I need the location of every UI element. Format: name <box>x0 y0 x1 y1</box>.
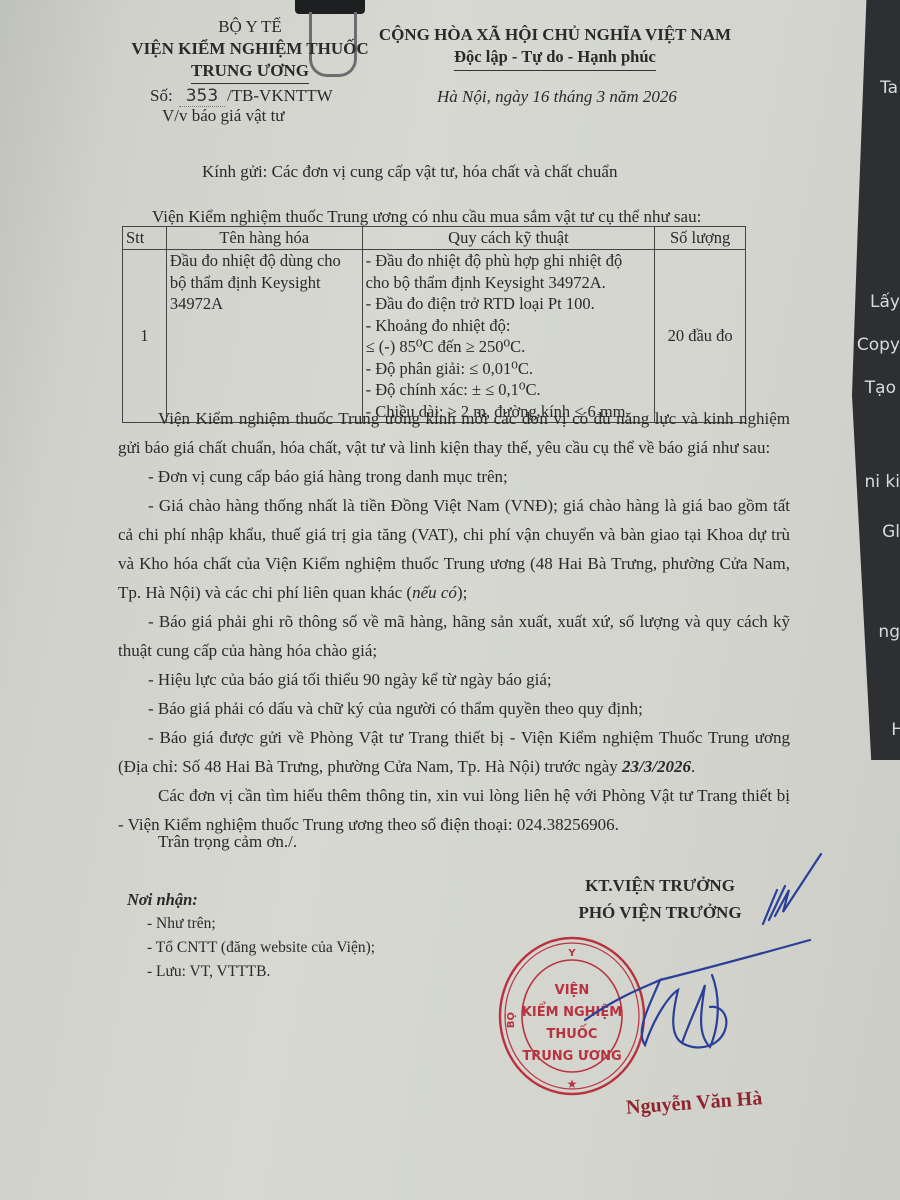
country-name: CỘNG HÒA XÃ HỘI CHỦ NGHĨA VIỆT NAM <box>370 24 740 46</box>
signatory-title: KT.VIỆN TRƯỞNG PHÓ VIỆN TRƯỞNG <box>560 872 760 926</box>
invitation-paragraph: Viện Kiểm nghiệm thuốc Trung ương kính m… <box>118 404 790 462</box>
cell-stt: 1 <box>123 250 167 423</box>
institute-name-line1: VIỆN KIỂM NGHIỆM THUỐC <box>115 38 385 60</box>
header-item-name: Tên hàng hóa <box>166 227 362 250</box>
table-header-row: Stt Tên hàng hóa Quy cách kỹ thuật Số lư… <box>123 227 746 250</box>
national-header: CỘNG HÒA XÃ HỘI CHỦ NGHĨA VIỆT NAM Độc l… <box>370 24 740 71</box>
signatory-title-line2: PHÓ VIỆN TRƯỞNG <box>560 899 760 926</box>
national-motto: Độc lập - Tự do - Hạnh phúc <box>454 46 656 71</box>
handwritten-signature-icon <box>560 935 830 1065</box>
document-number: Số: 353/TB-VKNTTW <box>150 86 333 107</box>
requirement-item: - Giá chào hàng thống nhất là tiền Đồng … <box>118 491 790 607</box>
closing-thanks: Trân trọng cảm ơn./. <box>158 832 297 852</box>
svg-text:★: ★ <box>567 1077 578 1091</box>
cell-item-name: Đầu đo nhiệt độ dùng cho bộ thẩm định Ke… <box>166 250 362 423</box>
svg-text:BỘ: BỘ <box>504 1012 517 1028</box>
intro-text: Viện Kiểm nghiệm thuốc Trung ương có nhu… <box>152 207 701 227</box>
issuing-agency: BỘ Y TẾ VIỆN KIỂM NGHIỆM THUỐC TRUNG ƯƠN… <box>115 16 385 84</box>
recipients-block: Nơi nhận: - Như trên; - Tổ CNTT (đăng we… <box>127 888 375 984</box>
document-date: Hà Nội, ngày 16 tháng 3 năm 2026 <box>437 87 677 107</box>
cell-quantity: 20 đầu đo <box>655 250 746 423</box>
requirement-item: - Hiệu lực của báo giá tối thiểu 90 ngày… <box>118 665 790 694</box>
salutation: Kính gửi: Các đơn vị cung cấp vật tư, hó… <box>202 162 617 182</box>
table-row: 1 Đầu đo nhiệt độ dùng cho bộ thẩm định … <box>123 250 746 423</box>
signatory-title-line1: KT.VIỆN TRƯỞNG <box>560 872 760 899</box>
header-quantity: Số lượng <box>655 227 746 250</box>
overlay-text-fragment: Tạo <box>865 378 896 398</box>
letter-body: Viện Kiểm nghiệm thuốc Trung ương kính m… <box>118 404 790 839</box>
recipient-item: - Lưu: VT, VTTTB. <box>127 960 375 984</box>
overlay-text-fragment: Lấy <box>870 292 900 312</box>
overlay-text-fragment: ng <box>878 622 900 642</box>
overlay-text-fragment: H <box>891 720 900 740</box>
handwritten-number: 353 <box>179 86 225 107</box>
overlay-text-fragment: Gl <box>882 522 900 542</box>
overlay-text-fragment: Ta <box>880 78 898 98</box>
recipient-item: - Như trên; <box>127 912 375 936</box>
requirement-item: - Báo giá được gửi về Phòng Vật tư Trang… <box>118 723 790 781</box>
requirement-item: - Báo giá phải ghi rõ thông số về mã hàn… <box>118 607 790 665</box>
ministry-name: BỘ Y TẾ <box>115 16 385 38</box>
header-specification: Quy cách kỹ thuật <box>362 227 655 250</box>
document-subject: V/v báo giá vật tư <box>162 106 285 126</box>
recipient-item: - Tổ CNTT (đăng website của Viện); <box>127 936 375 960</box>
header-stt: Stt <box>123 227 167 250</box>
requirement-item: - Báo giá phải có dấu và chữ ký của ngườ… <box>118 694 790 723</box>
contact-paragraph: Các đơn vị cần tìm hiểu thêm thông tin, … <box>118 781 790 839</box>
institute-name-line2: TRUNG ƯƠNG <box>191 60 309 84</box>
recipients-title: Nơi nhận: <box>127 888 375 912</box>
overlay-text-fragment: ni ki <box>865 472 900 492</box>
overlay-text-fragment: Copy <box>857 335 900 355</box>
requirement-item: - Đơn vị cung cấp báo giá hàng trong dan… <box>118 462 790 491</box>
items-table: Stt Tên hàng hóa Quy cách kỹ thuật Số lư… <box>122 226 746 423</box>
cell-specification: - Đầu đo nhiệt độ phù hợp ghi nhiệt độ c… <box>362 250 655 423</box>
initials-mark-icon <box>755 850 825 930</box>
